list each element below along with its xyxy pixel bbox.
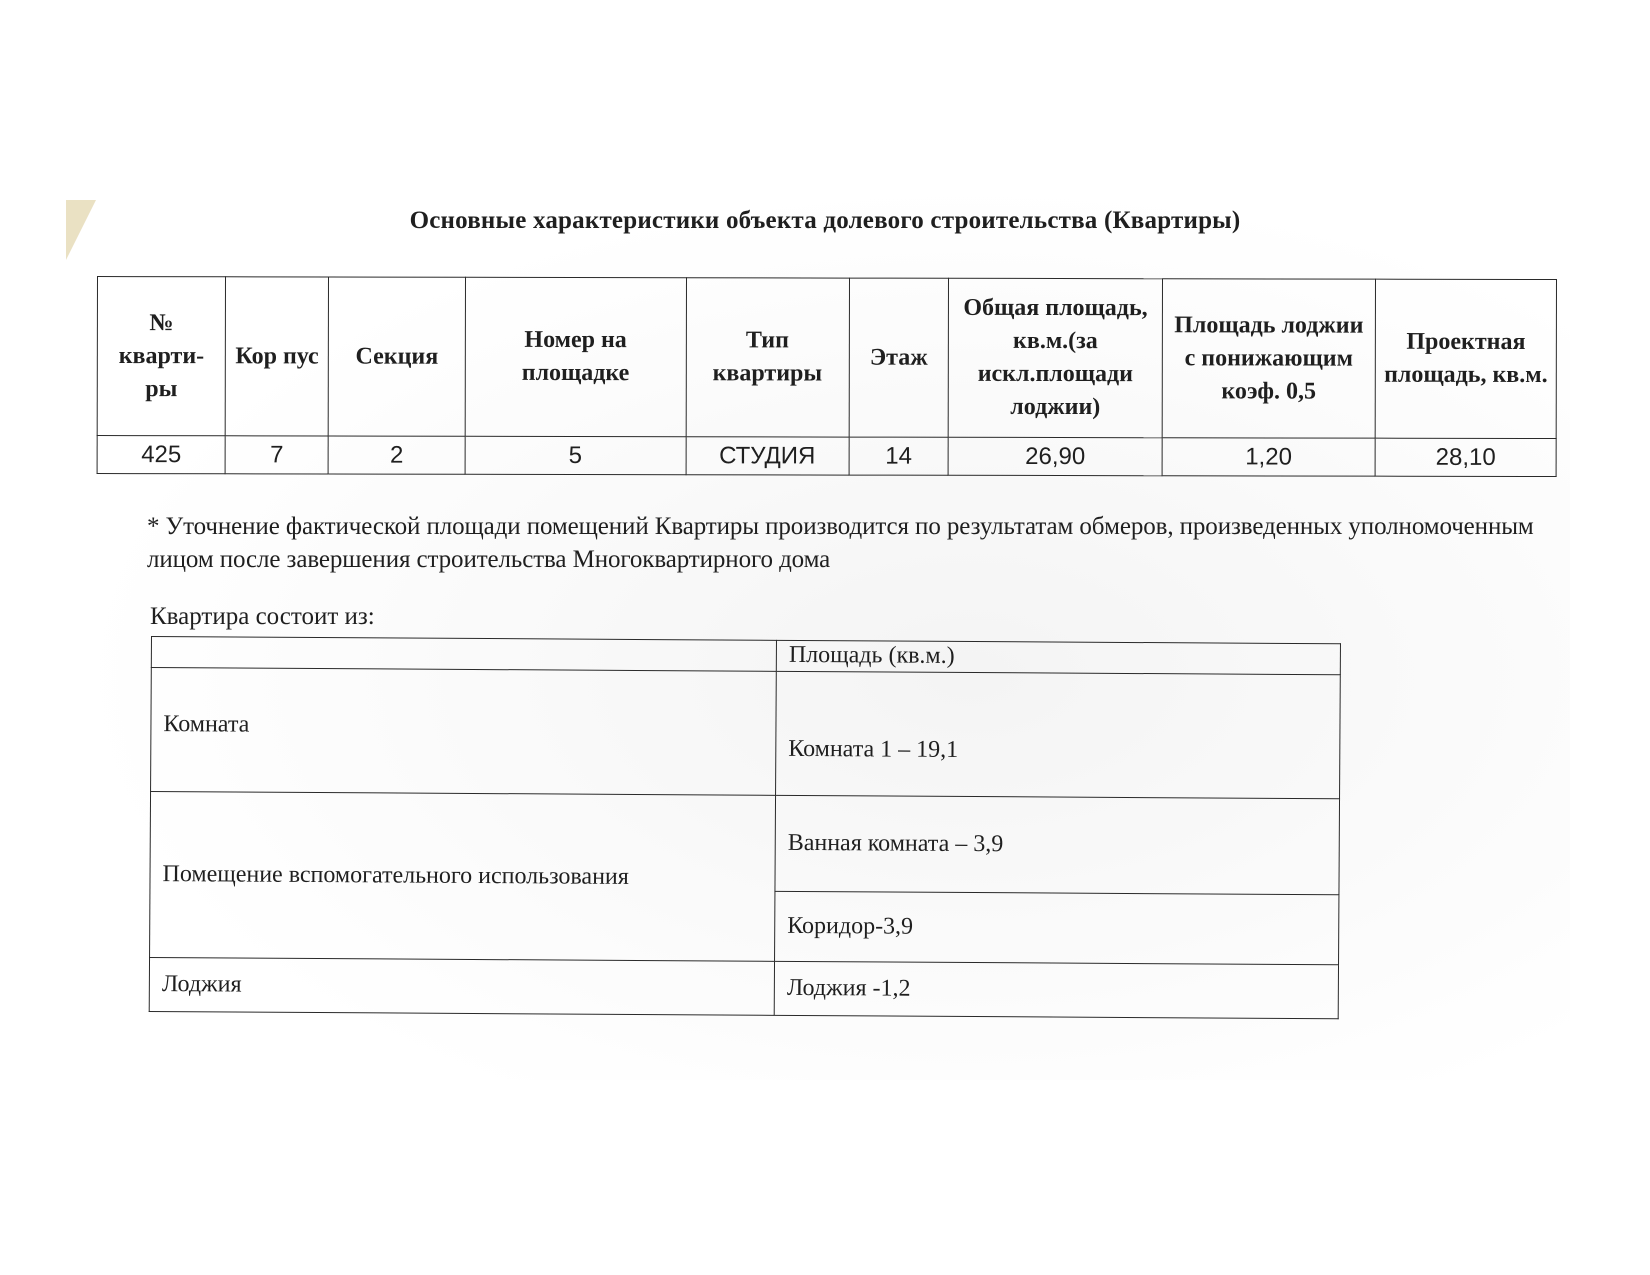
- document-title: Основные характеристики объекта долевого…: [0, 207, 1650, 235]
- area-corridor: Коридор-3,9: [775, 891, 1339, 964]
- table-row: 425 7 2 5 СТУДИЯ 14 26,90 1,20 28,10: [97, 436, 1556, 477]
- apartment-characteristics-table: № кварти-ры Кор пус Секция Номер на площ…: [97, 276, 1557, 477]
- cell-apartment-type: СТУДИЯ: [686, 437, 849, 475]
- header-total-area: Общая площадь, кв.м.(за искл.площади лод…: [949, 278, 1163, 437]
- rooms-table: Площадь (кв.м.) Комната Комната 1 – 19,1…: [149, 636, 1341, 1019]
- cell-building: 7: [225, 436, 328, 474]
- header-building: Кор пус: [225, 277, 328, 436]
- header-area: Площадь (кв.м.): [776, 640, 1340, 674]
- table-row: Помещение вспомогательного использования…: [150, 792, 1340, 895]
- area-loggia: Лоджия -1,2: [774, 961, 1338, 1018]
- area-room-1: Комната 1 – 19,1: [776, 671, 1341, 798]
- header-loggia-area: Площадь лоджии с понижающим коэф. 0,5: [1162, 279, 1376, 438]
- header-landing-number: Номер на площадке: [465, 277, 686, 436]
- category-auxiliary: Помещение вспомогательного использования: [150, 792, 776, 962]
- table-row: Лоджия Лоджия -1,2: [149, 957, 1338, 1018]
- category-loggia: Лоджия: [149, 957, 774, 1015]
- header-apartment-number: № кварти-ры: [97, 277, 226, 436]
- composition-label: Квартира состоит из:: [150, 603, 375, 631]
- header-apartment-type: Тип квартиры: [686, 278, 849, 437]
- cell-project-area: 28,10: [1375, 438, 1556, 476]
- header-section: Секция: [328, 277, 465, 436]
- cell-floor: 14: [849, 437, 949, 475]
- area-footnote: * Уточнение фактической площади помещени…: [147, 510, 1537, 576]
- cell-apartment-number: 425: [97, 436, 225, 474]
- cell-total-area: 26,90: [948, 437, 1161, 475]
- cell-landing-number: 5: [465, 436, 686, 474]
- header-project-area: Проектная площадь, кв.м.: [1375, 279, 1556, 438]
- header-floor: Этаж: [849, 278, 949, 437]
- area-bathroom: Ванная комната – 3,9: [775, 795, 1340, 894]
- category-room: Комната: [151, 668, 777, 796]
- table-row: Комната Комната 1 – 19,1: [151, 668, 1341, 799]
- cell-section: 2: [328, 436, 465, 474]
- table-header-row: № кварти-ры Кор пус Секция Номер на площ…: [97, 277, 1556, 439]
- cell-loggia-area: 1,20: [1162, 438, 1375, 476]
- header-category: [151, 637, 776, 672]
